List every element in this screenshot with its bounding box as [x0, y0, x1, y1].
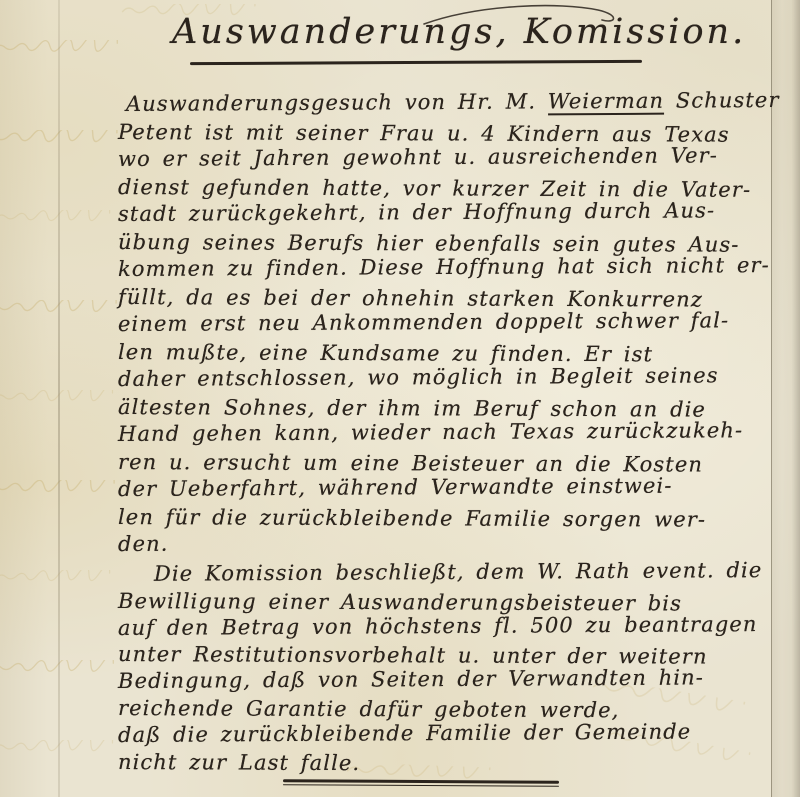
text-line: Auswanderungsgesuch von Hr. M. Weierman … — [118, 88, 784, 120]
bleed-through-texture — [0, 300, 121, 316]
text-segment: Auswanderungsgesuch von Hr. M. — [126, 89, 548, 116]
bleed-through-texture — [0, 130, 122, 146]
closing-rule-top — [283, 779, 559, 783]
title-underline — [190, 60, 642, 65]
page-fold-line — [58, 0, 60, 797]
text-line: Die Komission beschließt, dem W. Rath ev… — [118, 558, 784, 589]
text-line: auf den Betrag von höchstens fl. 500 zu … — [118, 612, 784, 643]
text-line: nicht zur Last falle. — [118, 750, 784, 780]
text-line: den. — [118, 528, 784, 560]
text-line: der Ueberfahrt, während Verwandte einstw… — [118, 473, 784, 505]
text-line: einem erst neu Ankommenden doppelt schwe… — [118, 308, 784, 340]
text-line: Bedingung, daß von Seiten der Verwandten… — [118, 665, 784, 696]
bleed-through-texture — [0, 40, 122, 56]
paragraph-2: Die Komission beschließt, dem W. Rath ev… — [118, 562, 784, 776]
text-line: wo er seit Jahren gewohnt u. ausreichend… — [118, 143, 784, 175]
text-segment: Schuster — [664, 88, 780, 113]
bleed-through-texture — [0, 210, 114, 225]
text-line: stadt zurückgekehrt, in der Hoffnung dur… — [118, 198, 784, 230]
bleed-through-texture — [0, 570, 114, 585]
text-line: Hand gehen kann, wieder nach Texas zurüc… — [118, 418, 784, 450]
text-line: daß die zurückbleibende Familie der Geme… — [118, 719, 784, 750]
text-line: kommen zu finden. Diese Hoffnung hat sic… — [118, 253, 784, 285]
paragraph-1: Auswanderungsgesuch von Hr. M. Weierman … — [118, 92, 784, 560]
closing-rule — [283, 779, 559, 787]
text-line: daher entschlossen, wo möglich in Beglei… — [118, 363, 784, 395]
page-title: Auswanderungs, Komission. — [172, 12, 692, 52]
petitioner-name: Weierman — [548, 89, 664, 116]
closing-rule-bottom — [283, 784, 559, 787]
manuscript-page: Auswanderungs, Komission. Auswanderungsg… — [0, 0, 800, 797]
